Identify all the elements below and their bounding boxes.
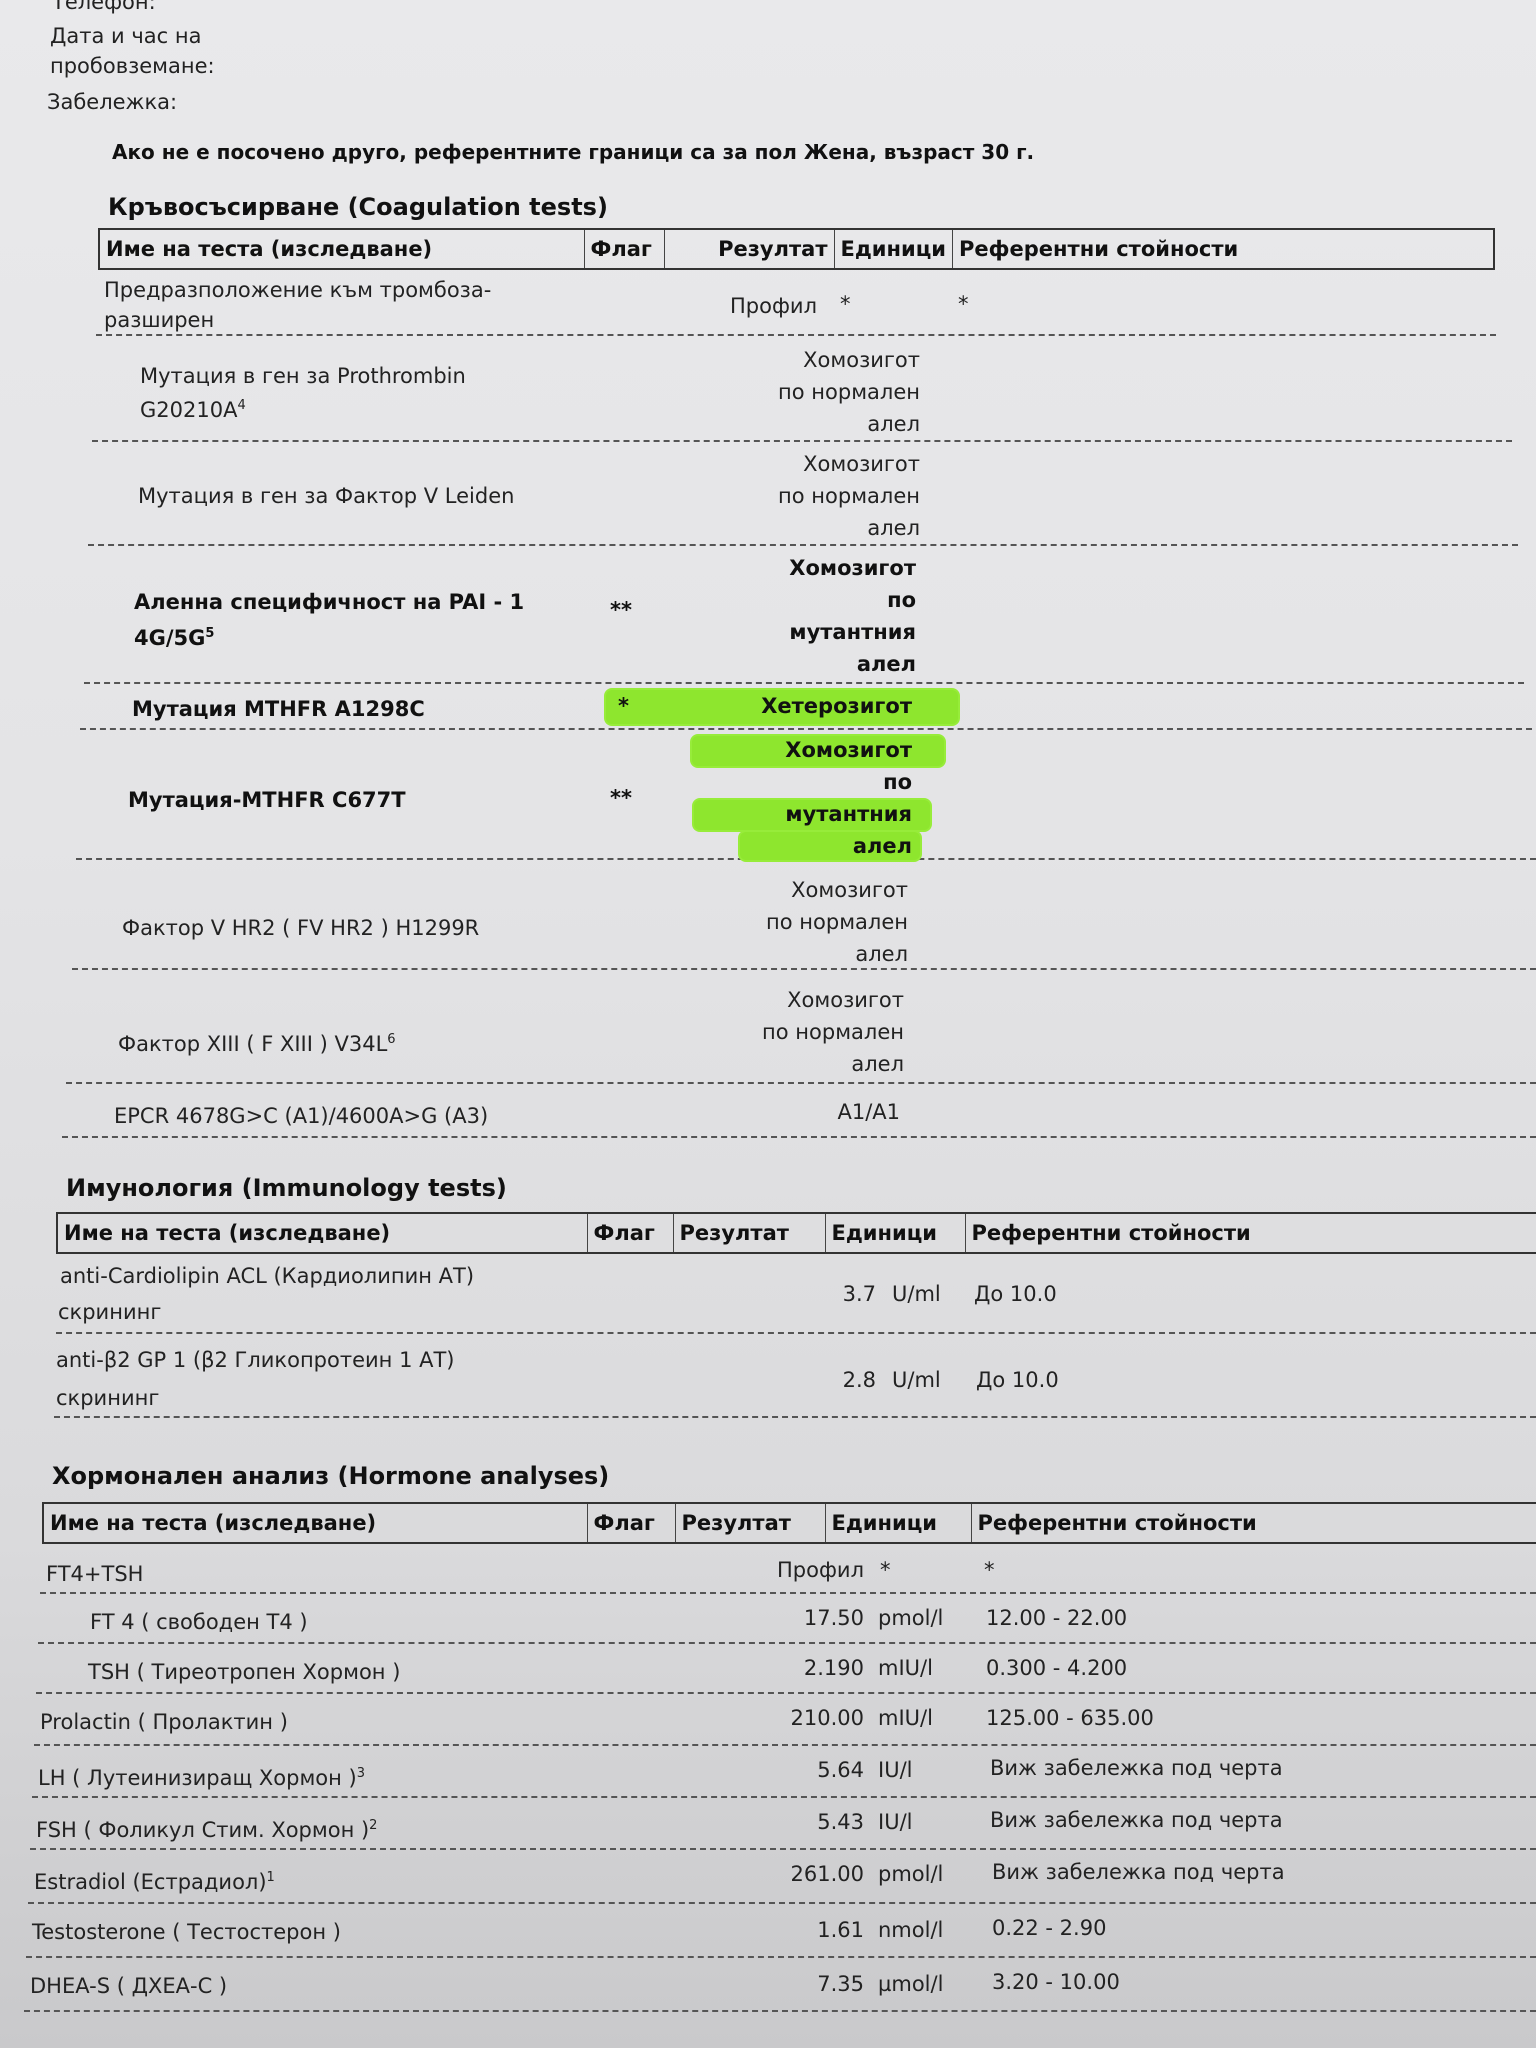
result-value: 5.64 xyxy=(652,1754,864,1786)
result-value: алел xyxy=(644,648,916,680)
table-row: LH ( Лутеинизиращ Хормон )3 5.64 IU/l Ви… xyxy=(32,1750,1536,1798)
units: * xyxy=(880,1554,891,1586)
result-value: 1.61 xyxy=(646,1914,864,1946)
result-value: алел xyxy=(636,830,912,862)
result-value: Хомозигот xyxy=(652,344,920,376)
result-value: A1/A1 xyxy=(622,1096,900,1128)
immunology-table-header: Име на теста (изследване) Флаг Резултат … xyxy=(56,1212,1536,1254)
units: pmol/l xyxy=(878,1858,943,1890)
test-name: Estradiol (Естрадиол) xyxy=(34,1870,267,1894)
result-value: 7.35 xyxy=(644,1968,864,2000)
result-value: Хомозигот xyxy=(632,874,908,906)
table-row: anti-β2 GP 1 (β2 Гликопротеин 1 АТ) скри… xyxy=(54,1340,1536,1418)
header-name: Име на теста (изследване) xyxy=(57,1213,587,1253)
header-name: Име на теста (изследване) xyxy=(43,1503,587,1543)
test-name: anti-Cardiolipin ACL (Кардиолипин АТ) xyxy=(60,1260,474,1292)
test-name: Фактор XIII ( F XIII ) V34L xyxy=(118,1032,387,1056)
result-value: по xyxy=(636,766,912,798)
header-units: Единици xyxy=(825,1503,971,1543)
test-name: скрининг xyxy=(58,1296,161,1328)
units: * xyxy=(840,288,851,320)
test-name: TSH ( Тиреотропен Хормон ) xyxy=(88,1656,400,1688)
test-name: G20210A xyxy=(140,398,237,422)
table-row: EPCR 4678G>C (A1)/4600A>G (A3) A1/A1 xyxy=(62,1090,1536,1138)
phone-label: Телефон: xyxy=(52,0,156,18)
test-name: Мутация-MTHFR C677T xyxy=(128,784,406,816)
header-result: Резултат xyxy=(675,1503,825,1543)
flag-marker: * xyxy=(618,690,629,722)
reference-range: 0.300 - 4.200 xyxy=(986,1652,1127,1684)
table-row: FT4+TSH Профил * * xyxy=(40,1552,1536,1594)
header-name: Име на теста (изследване) xyxy=(99,229,584,269)
test-name: LH ( Лутеинизиращ Хормон ) xyxy=(38,1766,357,1790)
result-value: мутантния xyxy=(644,616,916,648)
table-row: FSH ( Фоликул Стим. Хормон )2 5.43 IU/l … xyxy=(30,1802,1536,1850)
footnote-ref: 4 xyxy=(237,398,245,413)
flag-marker: ** xyxy=(610,782,632,814)
table-row: Мутация в ген за Prothrombin G20210A4 Хо… xyxy=(92,340,1512,442)
table-row: FT 4 ( свободен T4 ) 17.50 pmol/l 12.00 … xyxy=(38,1598,1536,1644)
reference-range: Виж забележка под черта xyxy=(992,1856,1285,1888)
table-row: Мутация MTHFR A1298C * Хетерозигот xyxy=(80,688,1532,730)
result-value: 5.43 xyxy=(650,1806,864,1838)
header-result: Резултат xyxy=(664,229,834,269)
result-value: по нормален xyxy=(652,376,920,408)
result-value: Хомозигот xyxy=(636,734,912,766)
result-value: алел xyxy=(648,512,920,544)
header-flag: Флаг xyxy=(584,229,664,269)
table-row: Testosterone ( Тестостерон ) 1.61 nmol/l… xyxy=(26,1908,1536,1958)
result-value: Хомозигот xyxy=(644,552,916,584)
table-row: DHEA-S ( ДХЕА-С ) 7.35 µmol/l 3.20 - 10.… xyxy=(24,1962,1536,2012)
result-value: Профил xyxy=(730,290,817,322)
result-value: 210.00 xyxy=(654,1702,864,1734)
test-name: FT 4 ( свободен T4 ) xyxy=(90,1606,308,1638)
header-reference: Референтни стойности xyxy=(971,1503,1536,1543)
result-value: алел xyxy=(632,938,908,970)
test-name: Мутация в ген за Фактор V Leiden xyxy=(138,480,514,512)
units: U/ml xyxy=(892,1278,941,1310)
reference-range: 0.22 - 2.90 xyxy=(992,1912,1106,1944)
result-value: по xyxy=(644,584,916,616)
result-value: 17.50 xyxy=(658,1602,864,1634)
result-value: по нормален xyxy=(632,906,908,938)
reference-range: 12.00 - 22.00 xyxy=(986,1602,1127,1634)
header-flag: Флаг xyxy=(587,1213,673,1253)
table-row: Prolactin ( Пролактин ) 210.00 mIU/l 125… xyxy=(34,1698,1536,1746)
header-units: Единици xyxy=(825,1213,965,1253)
test-name: FSH ( Фоликул Стим. Хормон ) xyxy=(36,1818,369,1842)
units: µmol/l xyxy=(878,1968,943,2000)
units: pmol/l xyxy=(878,1602,943,1634)
result-value: 2.8 xyxy=(716,1364,876,1396)
reference-range: * xyxy=(984,1554,995,1586)
table-row: anti-Cardiolipin ACL (Кардиолипин АТ) ск… xyxy=(56,1258,1536,1334)
result-value: Профил xyxy=(660,1554,864,1586)
test-name: разширен xyxy=(104,304,214,336)
header-reference: Референтни стойности xyxy=(965,1213,1536,1253)
units: mIU/l xyxy=(878,1652,933,1684)
reference-range: * xyxy=(958,288,969,320)
footnote-ref: 6 xyxy=(387,1032,395,1047)
result-value: алел xyxy=(626,1048,904,1080)
reference-range: 125.00 - 635.00 xyxy=(986,1702,1154,1734)
table-row: TSH ( Тиреотропен Хормон ) 2.190 mIU/l 0… xyxy=(36,1648,1536,1694)
reference-note: Ако не е посочено друго, референтните гр… xyxy=(112,140,1034,164)
test-name: DHEA-S ( ДХЕА-С ) xyxy=(30,1970,227,2002)
footnote-ref: 3 xyxy=(357,1766,365,1781)
flag-marker: ** xyxy=(610,594,632,626)
section-title-coagulation: Кръвосъсирване (Coagulation tests) xyxy=(108,193,608,221)
reference-range: Виж забележка под черта xyxy=(990,1804,1283,1836)
coagulation-table-header: Име на теста (изследване) Флаг Резултат … xyxy=(98,228,1495,270)
result-value: по нормален xyxy=(626,1016,904,1048)
reference-range: До 10.0 xyxy=(976,1364,1059,1396)
result-value: мутантния xyxy=(636,798,912,830)
table-row: Мутация-MTHFR C677T ** Хомозигот по мута… xyxy=(76,732,1536,860)
sample-date-label-line2: пробовземане: xyxy=(50,50,215,82)
result-value: 3.7 xyxy=(716,1278,876,1310)
sample-date-label-line1: Дата и час на xyxy=(50,20,201,52)
remark-label: Забележка: xyxy=(47,86,177,118)
section-title-hormones: Хормонален анализ (Hormone analyses) xyxy=(52,1462,609,1490)
units: U/ml xyxy=(892,1364,941,1396)
footnote-ref: 1 xyxy=(267,1870,275,1885)
units: nmol/l xyxy=(878,1914,943,1946)
units: mIU/l xyxy=(878,1702,933,1734)
reference-range: 3.20 - 10.00 xyxy=(992,1966,1120,1998)
test-name: Testosterone ( Тестостерон ) xyxy=(32,1916,341,1948)
test-name: Фактор V HR2 ( FV HR2 ) H1299R xyxy=(122,912,479,944)
result-value: Хомозигот xyxy=(626,984,904,1016)
reference-range: Виж забележка под черта xyxy=(990,1752,1283,1784)
test-name: EPCR 4678G>C (A1)/4600A>G (A3) xyxy=(114,1100,488,1132)
reference-range: До 10.0 xyxy=(974,1278,1057,1310)
units: IU/l xyxy=(878,1806,912,1838)
header-units: Единици xyxy=(834,229,953,269)
header-reference: Референтни стойности xyxy=(953,229,1494,269)
test-name: скрининг xyxy=(56,1382,159,1414)
footnote-ref: 2 xyxy=(369,1818,377,1833)
table-row: Фактор V HR2 ( FV HR2 ) H1299R Хомозигот… xyxy=(72,870,1536,970)
table-row: Фактор XIII ( F XIII ) V34L6 Хомозигот п… xyxy=(66,980,1536,1084)
result-value: 261.00 xyxy=(648,1858,864,1890)
test-name: Мутация в ген за Prothrombin xyxy=(140,360,466,392)
test-name: Аленна специфичност на PAI - 1 xyxy=(134,586,524,618)
table-row: Предразположение към тромбоза- разширен … xyxy=(96,270,1496,336)
result-value: 2.190 xyxy=(656,1652,864,1684)
footnote-ref: 5 xyxy=(205,626,214,641)
header-flag: Флаг xyxy=(587,1503,675,1543)
result-value: Хомозигот xyxy=(648,448,920,480)
test-name: anti-β2 GP 1 (β2 Гликопротеин 1 АТ) xyxy=(56,1344,455,1376)
result-value: по нормален xyxy=(648,480,920,512)
table-row: Аленна специфичност на PAI - 1 4G/5G5 **… xyxy=(84,548,1524,684)
test-name: Мутация MTHFR A1298C xyxy=(132,693,425,725)
result-value: Хетерозигот xyxy=(640,690,912,722)
test-name: Предразположение към тромбоза- xyxy=(104,274,491,306)
header-result: Резултат xyxy=(673,1213,825,1253)
result-value: алел xyxy=(652,408,920,440)
test-name: FT4+TSH xyxy=(46,1558,143,1590)
table-row: Мутация в ген за Фактор V Leiden Хомозиг… xyxy=(88,444,1518,546)
table-row: Estradiol (Естрадиол)1 261.00 pmol/l Виж… xyxy=(28,1854,1536,1904)
units: IU/l xyxy=(878,1754,912,1786)
test-name: Prolactin ( Пролактин ) xyxy=(40,1706,288,1738)
test-name: 4G/5G xyxy=(134,626,205,650)
section-title-immunology: Имунология (Immunology tests) xyxy=(66,1174,507,1202)
hormones-table-header: Име на теста (изследване) Флаг Резултат … xyxy=(42,1502,1536,1544)
lab-report-page: Телефон: Дата и час на пробовземане: Заб… xyxy=(0,0,1536,2048)
